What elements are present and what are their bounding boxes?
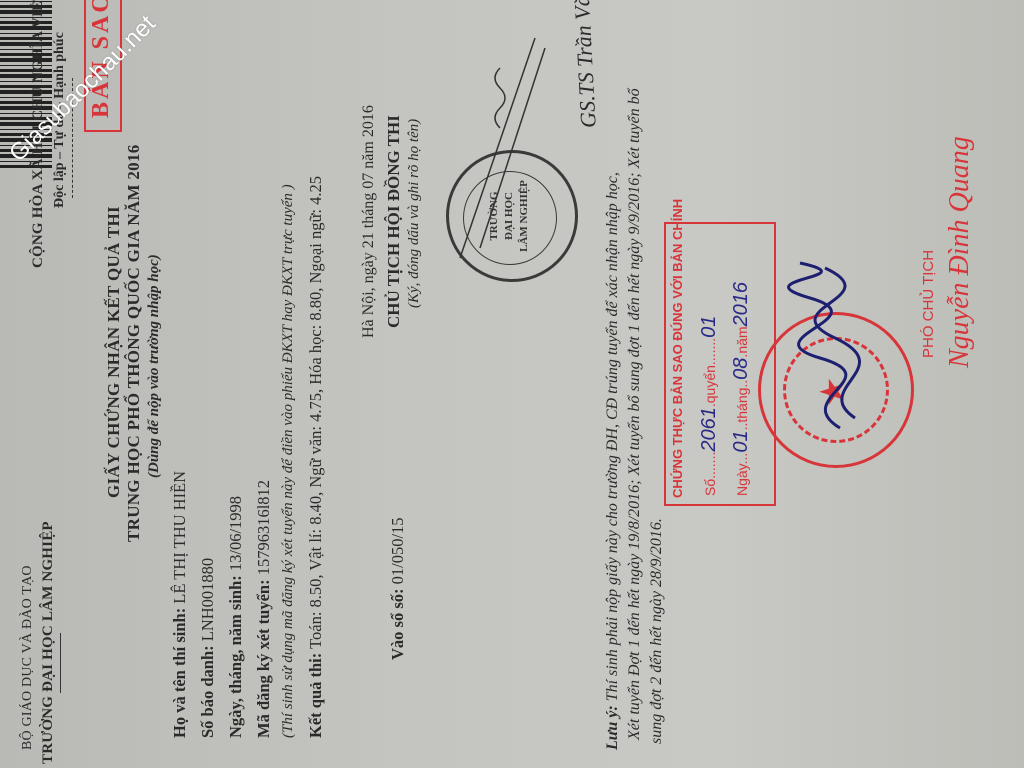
place-date: Hà Nội, ngày 21 tháng 07 năm 2016 (360, 105, 378, 338)
field-label: Mã đăng ký xét tuyển: (254, 579, 273, 738)
note-label: Lưu ý: (604, 705, 621, 750)
field-label: Số báo danh: (198, 645, 217, 738)
book-number-value: 01/050/15 (388, 517, 407, 584)
certificate-page: BỘ GIÁO DỤC VÀ ĐÀO TẠO TRƯỜNG ĐẠI HỌC LÂ… (0, 0, 1024, 768)
field-value: 13/06/1998 (226, 496, 245, 571)
deputy-signature-strokes (780, 258, 910, 438)
thang-label: tháng (734, 388, 750, 423)
quyen-label: quyển (702, 365, 718, 403)
so-value: 2061 (698, 407, 720, 452)
nam-label: năm (734, 326, 750, 353)
nam-value: 2016 (730, 282, 752, 327)
deputy-name: Nguyễn Đình Quang (944, 136, 976, 368)
book-number: Vào sổ số: 01/050/15 (388, 517, 408, 660)
results-label: Kết quả thi: (306, 653, 325, 738)
note-line3: sung đợt 2 đến hết ngày 28/9/2016. (648, 518, 666, 744)
field-birth-date: Ngày, tháng, năm sinh: 13/06/1998 (226, 496, 246, 738)
title-subtitle: (Dùng để nộp vào trường nhập học) (146, 254, 163, 478)
ministry-name: BỘ GIÁO DỤC VÀ ĐÀO TẠO (20, 565, 36, 750)
signature-instruction: (Ký, đóng dấu và ghi rõ họ tên) (406, 119, 423, 308)
certification-stamp: CHỨNG THỰC BẢN SAO ĐÚNG VỚI BẢN CHÍNH Số… (664, 222, 776, 506)
field-label: Họ và tên thí sinh: (170, 608, 189, 738)
title-line2: TRUNG HỌC PHỔ THÔNG QUỐC GIA NĂM 2016 (124, 144, 144, 542)
exam-results: Kết quả thi: Toán: 8.50, Vật lí: 8.40, N… (306, 176, 326, 738)
deputy-role: PHÓ CHỦ TỊCH (920, 250, 937, 358)
quyen-value: 01 (698, 316, 720, 338)
council-chair-role: CHỦ TỊCH HỘI ĐỒNG THI (384, 115, 404, 328)
header-rule (60, 633, 61, 693)
field-value: LNH001880 (198, 558, 217, 641)
field-registration-code: Mã đăng ký xét tuyển: 15796316l812 (254, 480, 274, 738)
field-full-name: Họ và tên thí sinh: LÊ THỊ THU HIỀN (170, 471, 190, 738)
note-text: Thí sinh phải nộp giấy này cho trường ĐH… (604, 172, 621, 701)
note-line2: Xét tuyển Đợt 1 đến hết ngày 19/8/2016; … (626, 88, 644, 740)
results-scores: Toán: 8.50, Vật lí: 8.40, Ngữ văn: 4.75,… (306, 176, 325, 649)
so-label: Số (702, 479, 718, 496)
field-value: 15796316l812 (254, 480, 273, 575)
field-candidate-number: Số báo danh: LNH001880 (198, 558, 218, 738)
field-value: LÊ THỊ THU HIỀN (170, 471, 189, 604)
field-label: Ngày, tháng, năm sinh: (226, 575, 245, 738)
title-line1: GIẤY CHỨNG NHẬN KẾT QUẢ THI (104, 206, 124, 498)
ngay-value: 01 (730, 430, 752, 452)
certification-title: CHỨNG THỰC BẢN SAO ĐÚNG VỚI BẢN CHÍNH (670, 199, 685, 498)
note-line1: Lưu ý: Thí sinh phải nộp giấy này cho tr… (604, 172, 622, 750)
university-name: TRƯỜNG ĐẠI HỌC LÂM NGHIỆP (40, 521, 57, 764)
registration-note: (Thí sinh sử dụng mã đăng ký xét tuyển n… (280, 184, 297, 738)
book-number-label: Vào sổ số: (388, 588, 407, 660)
certification-so-line: Số.......2061.quyển.......01 (698, 316, 721, 496)
ngay-label: Ngày (734, 464, 750, 496)
thang-value: 08 (730, 358, 752, 380)
certification-date-line: Ngày...01..tháng..08.năm2016 (730, 282, 753, 496)
